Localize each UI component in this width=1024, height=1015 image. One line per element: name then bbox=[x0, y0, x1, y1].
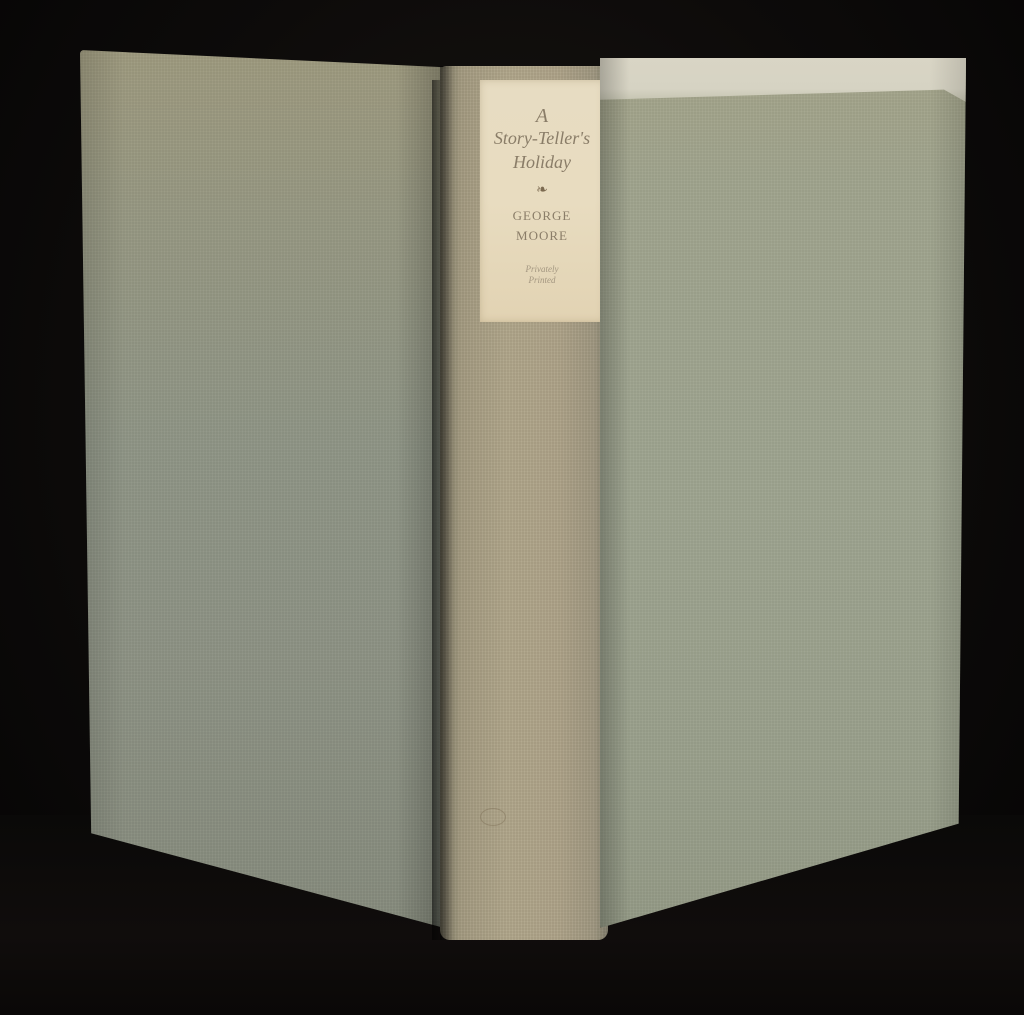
author-line-2: MOORE bbox=[480, 226, 604, 246]
ornament-icon: ❧ bbox=[480, 184, 604, 198]
imprint-line-2: Printed bbox=[480, 275, 604, 286]
spine-label: A Story-Teller's Holiday ❧ GEORGE MOORE … bbox=[480, 80, 604, 322]
imprint-line-1: Privately bbox=[480, 264, 604, 275]
spine-stain bbox=[480, 808, 506, 826]
back-cover bbox=[80, 50, 452, 930]
book: A Story-Teller's Holiday ❧ GEORGE MOORE … bbox=[0, 0, 1024, 1015]
title-line-2: Holiday bbox=[480, 150, 604, 174]
author-line-1: GEORGE bbox=[480, 206, 604, 226]
title-line-1: Story-Teller's bbox=[480, 126, 604, 150]
title-article: A bbox=[480, 106, 604, 126]
book-spine: A Story-Teller's Holiday ❧ GEORGE MOORE … bbox=[440, 66, 608, 940]
faded-top-band bbox=[600, 58, 966, 102]
front-cover bbox=[600, 58, 966, 928]
